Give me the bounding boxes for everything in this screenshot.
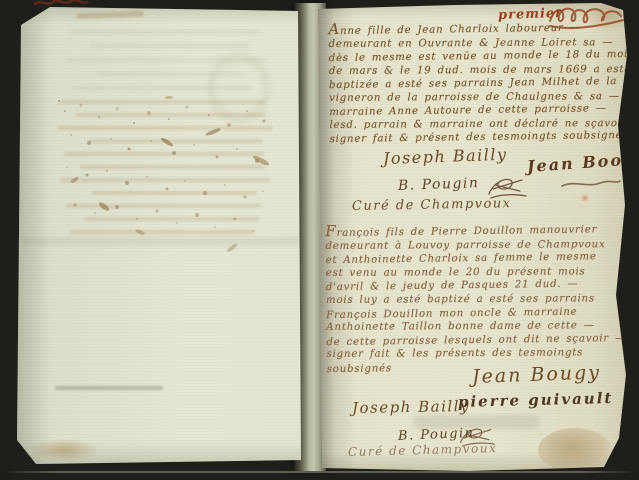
faint-pencil-scribble [55, 386, 163, 390]
scan-edge-line [6, 471, 633, 473]
ink-dot-stain [580, 194, 590, 202]
signature-pougin: B. Pougin [398, 175, 480, 194]
signature-underline-flourish [560, 178, 622, 190]
bleedthrough-line [66, 58, 266, 62]
bleedthrough-line [66, 204, 261, 208]
stain [538, 428, 612, 472]
signature-jean-bougy: Jean Bougy [472, 362, 602, 388]
bleedthrough-line [70, 230, 255, 234]
bleedthrough-line [96, 72, 246, 76]
bleedthrough-line [58, 126, 273, 130]
signature-joseph-bailly: Joseph Bailly [352, 397, 470, 417]
stain [28, 438, 100, 462]
bleedthrough-line [60, 178, 270, 182]
baptism-record-1: Anne fille de Jean Charloix laboureur — … [328, 19, 629, 146]
bleedthrough-line [92, 191, 257, 195]
clipped-red-scribble [33, 0, 89, 10]
bleedthrough-line [64, 152, 264, 156]
bleedthrough-line [80, 165, 265, 169]
bleedthrough-line [76, 113, 266, 117]
bleedthrough-line [90, 44, 250, 48]
manuscript-scan: premier Anne fille de Jean Charloix labo… [0, 0, 639, 480]
left-page-crease [22, 238, 300, 250]
bleedthrough-line [88, 139, 263, 143]
bleedthrough-line [72, 86, 252, 90]
bleedthrough-line [70, 30, 260, 34]
baptism-record-2: François fils de Pierre Douillon manouvr… [325, 221, 629, 376]
bleedthrough-line [60, 100, 265, 104]
ink-speckles [58, 100, 60, 102]
bleedthrough-line [84, 217, 259, 221]
cure-title-line: Curé de Champvoux [352, 196, 512, 214]
